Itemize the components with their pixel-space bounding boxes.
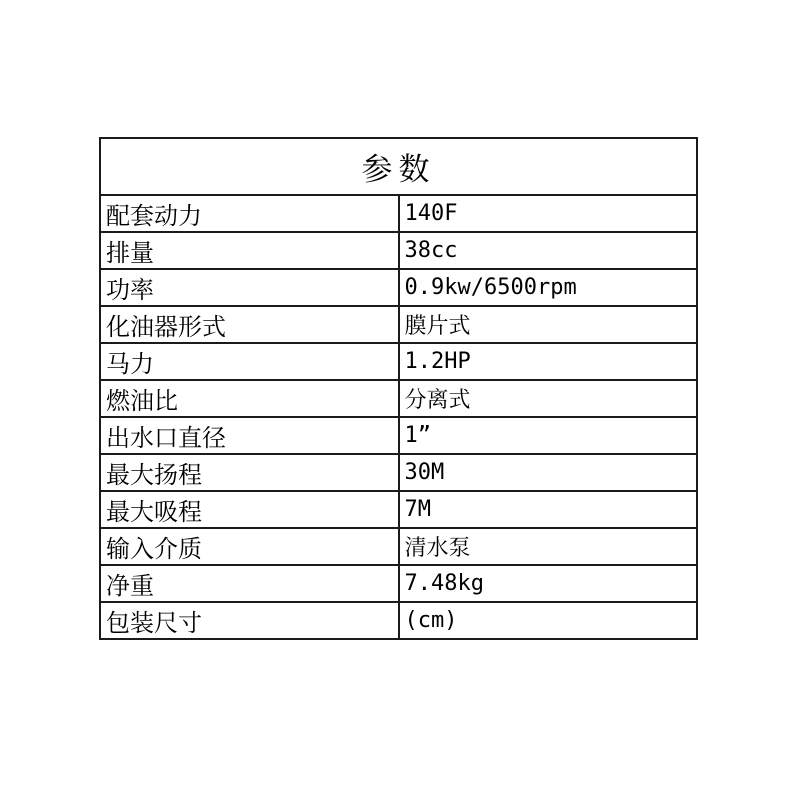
param-label: 出水口直径 [100, 417, 399, 454]
param-value: 膜片式 [399, 306, 698, 343]
param-value: 清水泵 [399, 528, 698, 565]
param-value: (cm) [399, 602, 698, 639]
param-label: 最大吸程 [100, 491, 399, 528]
spec-table-container: 参数 配套动力 140F 排量 38cc 功率 0.9kw/6500rpm 化油… [99, 137, 698, 640]
table-row: 排量 38cc [100, 232, 697, 269]
table-row: 化油器形式 膜片式 [100, 306, 697, 343]
param-value: 7.48kg [399, 565, 698, 602]
param-label: 燃油比 [100, 380, 399, 417]
table-row: 马力 1.2HP [100, 343, 697, 380]
table-row: 输入介质 清水泵 [100, 528, 697, 565]
table-row: 净重 7.48kg [100, 565, 697, 602]
spec-table: 参数 配套动力 140F 排量 38cc 功率 0.9kw/6500rpm 化油… [99, 137, 698, 640]
table-row: 出水口直径 1” [100, 417, 697, 454]
param-label: 功率 [100, 269, 399, 306]
param-value: 140F [399, 195, 698, 232]
param-value: 7M [399, 491, 698, 528]
table-row: 配套动力 140F [100, 195, 697, 232]
param-label: 最大扬程 [100, 454, 399, 491]
param-value: 分离式 [399, 380, 698, 417]
table-header-row: 参数 [100, 138, 697, 195]
table-row: 燃油比 分离式 [100, 380, 697, 417]
param-label: 马力 [100, 343, 399, 380]
param-value: 1.2HP [399, 343, 698, 380]
table-row: 最大扬程 30M [100, 454, 697, 491]
param-label: 排量 [100, 232, 399, 269]
param-value: 30M [399, 454, 698, 491]
param-label: 配套动力 [100, 195, 399, 232]
table-row: 功率 0.9kw/6500rpm [100, 269, 697, 306]
param-label: 化油器形式 [100, 306, 399, 343]
table-title: 参数 [100, 138, 697, 195]
param-label: 包装尺寸 [100, 602, 399, 639]
param-value: 38cc [399, 232, 698, 269]
param-label: 输入介质 [100, 528, 399, 565]
table-row: 最大吸程 7M [100, 491, 697, 528]
param-label: 净重 [100, 565, 399, 602]
param-value: 1” [399, 417, 698, 454]
table-row: 包装尺寸 (cm) [100, 602, 697, 639]
param-value: 0.9kw/6500rpm [399, 269, 698, 306]
page-background: { "table": { "title": "参数", "border_colo… [0, 0, 800, 800]
